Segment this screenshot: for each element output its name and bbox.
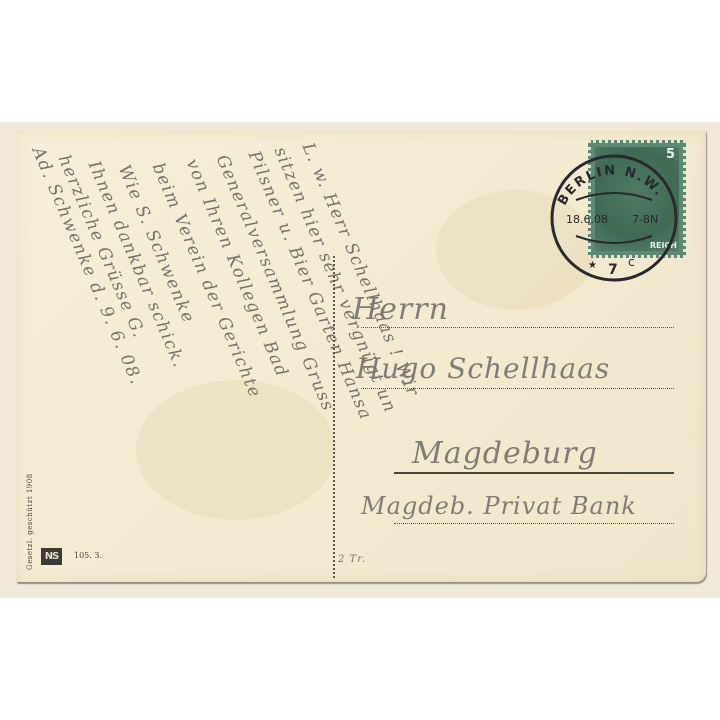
address-line: [394, 472, 674, 474]
series-number: 105. 3.: [74, 551, 102, 560]
postmark-time: 7-8N: [632, 213, 658, 226]
address-name: Hugo Schellhaas: [356, 352, 610, 385]
address-line: [394, 523, 674, 524]
postmark-district: 7: [608, 262, 618, 278]
publisher-logo: NS: [41, 548, 62, 565]
postmark-star: ★: [588, 260, 597, 271]
address-city: Magdeburg: [412, 436, 598, 471]
margin-note: 2 Tr.: [338, 554, 366, 565]
postmark-icon: BERLIN N.W. 18.6.08 7-8N ★ 7 c: [546, 150, 682, 286]
svg-text:BERLIN N.W.: BERLIN N.W.: [555, 163, 667, 208]
address-salutation: Herrn: [352, 292, 449, 327]
postmark-date: 18.6.08: [566, 213, 608, 226]
address-line: [361, 327, 674, 328]
postmark-city: BERLIN N.W.: [555, 163, 667, 208]
postcard: L. w. Herr Schellhaas ! Wir sitzen hier …: [16, 130, 706, 582]
paper-stain: [136, 380, 336, 520]
copyright-notice: Gesetzl. geschützt 1908: [26, 473, 34, 570]
address-bank: Magdeb. Privat Bank: [361, 492, 637, 520]
postmark-letter: c: [628, 255, 635, 269]
center-divider: [333, 256, 335, 578]
address-line: [361, 388, 674, 389]
